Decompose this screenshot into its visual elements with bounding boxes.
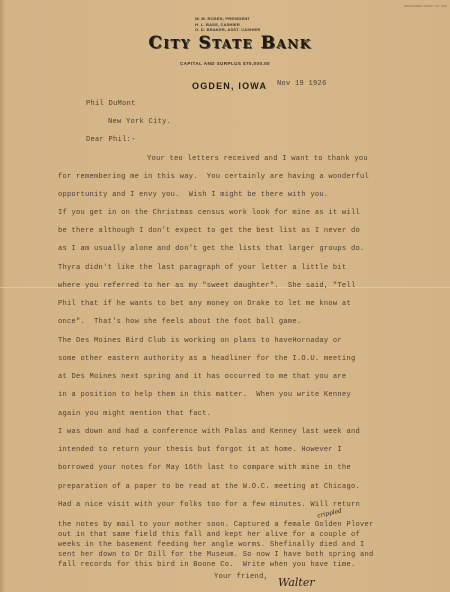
body-line: borrowed your notes for May 16th last to…: [58, 464, 351, 472]
recipient-city: New York City.: [108, 118, 171, 126]
body-line: sent her down to Dr Dill for the Museum.…: [58, 551, 374, 559]
body-line: in a position to help them in this matte…: [58, 391, 351, 399]
body-line: weeks in the basement feeding her angle …: [58, 541, 364, 549]
body-line: opportunity and I envy you. Wish I might…: [58, 191, 328, 199]
bank-officers: W. M. ROSEN, PRESIDENT H. L. BASS, CASHI…: [195, 16, 265, 33]
letter-page: ROSENSHEIN SUPPLY CO. ROC. W. M. ROSEN, …: [0, 0, 450, 592]
body-line: as I am usually alone and don't get the …: [58, 245, 364, 253]
body-line: The Des Moines Bird Club is working on p…: [58, 337, 342, 345]
body-line: Thyra didn't like the last paragraph of …: [58, 264, 346, 272]
body-line: where you referred to her as my "sweet d…: [58, 282, 355, 290]
signature: Walter: [278, 576, 315, 589]
body-line: Phil that if he wants to bet any money o…: [58, 300, 351, 308]
body-line: intended to return your thesis but forgo…: [58, 446, 342, 454]
letter-date: Nov 19 1926: [277, 80, 327, 88]
printer-mark: ROSENSHEIN SUPPLY CO. ROC.: [404, 5, 448, 8]
recipient-name: Phil DuMont: [86, 100, 136, 108]
body-line: be there although I don't expect to get …: [58, 227, 360, 235]
body-line: Your teo letters received and I want to …: [147, 155, 368, 163]
body-line: preparation of a paper to be read at the…: [58, 483, 360, 491]
body-line: some other eastern authority as a headli…: [58, 355, 355, 363]
handwritten-insert: crippled: [317, 507, 343, 519]
body-line: once". That's how she feels about the fo…: [58, 318, 301, 326]
body-line: If you get in on the Christmas census wo…: [58, 209, 360, 217]
body-line: the notes by mail to your mother soon. C…: [58, 521, 374, 529]
closing: Your friend,: [214, 573, 268, 581]
salutation: Dear Phil:-: [86, 136, 136, 144]
body-line: again you might mention that fact.: [58, 410, 211, 418]
officer-asst-cashier: O. D. BRAKER, ASST. CASHIER: [195, 27, 265, 33]
capital-line: CAPITAL AND SURPLUS $70,000.00: [130, 61, 320, 66]
bank-name: City State Bank: [130, 33, 330, 53]
bank-city: OGDEN, IOWA: [192, 81, 267, 91]
body-line: for remembering me in this way. You cert…: [58, 173, 369, 181]
body-line: I was down and had a conference with Pal…: [58, 428, 360, 436]
body-line: at Des Moines next spring and it has occ…: [58, 373, 346, 381]
body-line: fall records for this bird in Boone Co. …: [58, 561, 355, 569]
body-line: Had a nice visit with your folks too for…: [58, 501, 360, 509]
body-line: out in that same field this fall and kep…: [58, 531, 360, 539]
